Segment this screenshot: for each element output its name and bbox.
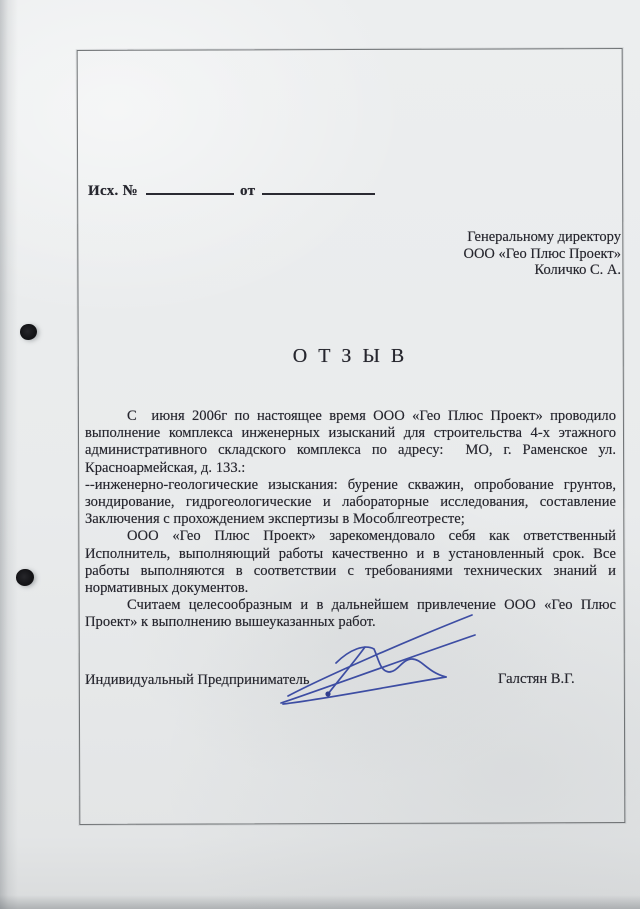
- recipient-name: Количко С. А.: [463, 262, 621, 279]
- punch-hole-bottom: [16, 569, 34, 586]
- recipient-block: Генеральному директору ООО «Гео Плюс Про…: [463, 229, 621, 279]
- scanned-letter-page: Исх. №от Генеральному директору ООО «Гео…: [0, 0, 640, 909]
- punch-hole-top: [20, 324, 37, 340]
- body-paragraph: --инженерно-геологические изыскания: бур…: [85, 477, 616, 529]
- reference-date-blank: [262, 180, 375, 195]
- signatory-name: Галстян В.Г.: [498, 671, 575, 688]
- reference-number-line: Исх. №от: [88, 180, 375, 200]
- body-paragraph: С июня 2006г по настоящее время ООО «Гео…: [85, 408, 616, 477]
- letter-body: С июня 2006г по настоящее время ООО «Гео…: [85, 408, 616, 632]
- handwritten-signature: [266, 606, 490, 714]
- reference-number-blank: [146, 180, 234, 195]
- recipient-company: ООО «Гео Плюс Проект»: [463, 246, 621, 263]
- document-title: О Т З Ы В: [78, 345, 622, 368]
- reference-date-label: от: [240, 183, 255, 199]
- reference-number-label: Исх. №: [88, 183, 138, 199]
- recipient-position: Генеральному директору: [463, 229, 621, 246]
- body-paragraph: ООО «Гео Плюс Проект» зарекомендовало се…: [85, 528, 616, 597]
